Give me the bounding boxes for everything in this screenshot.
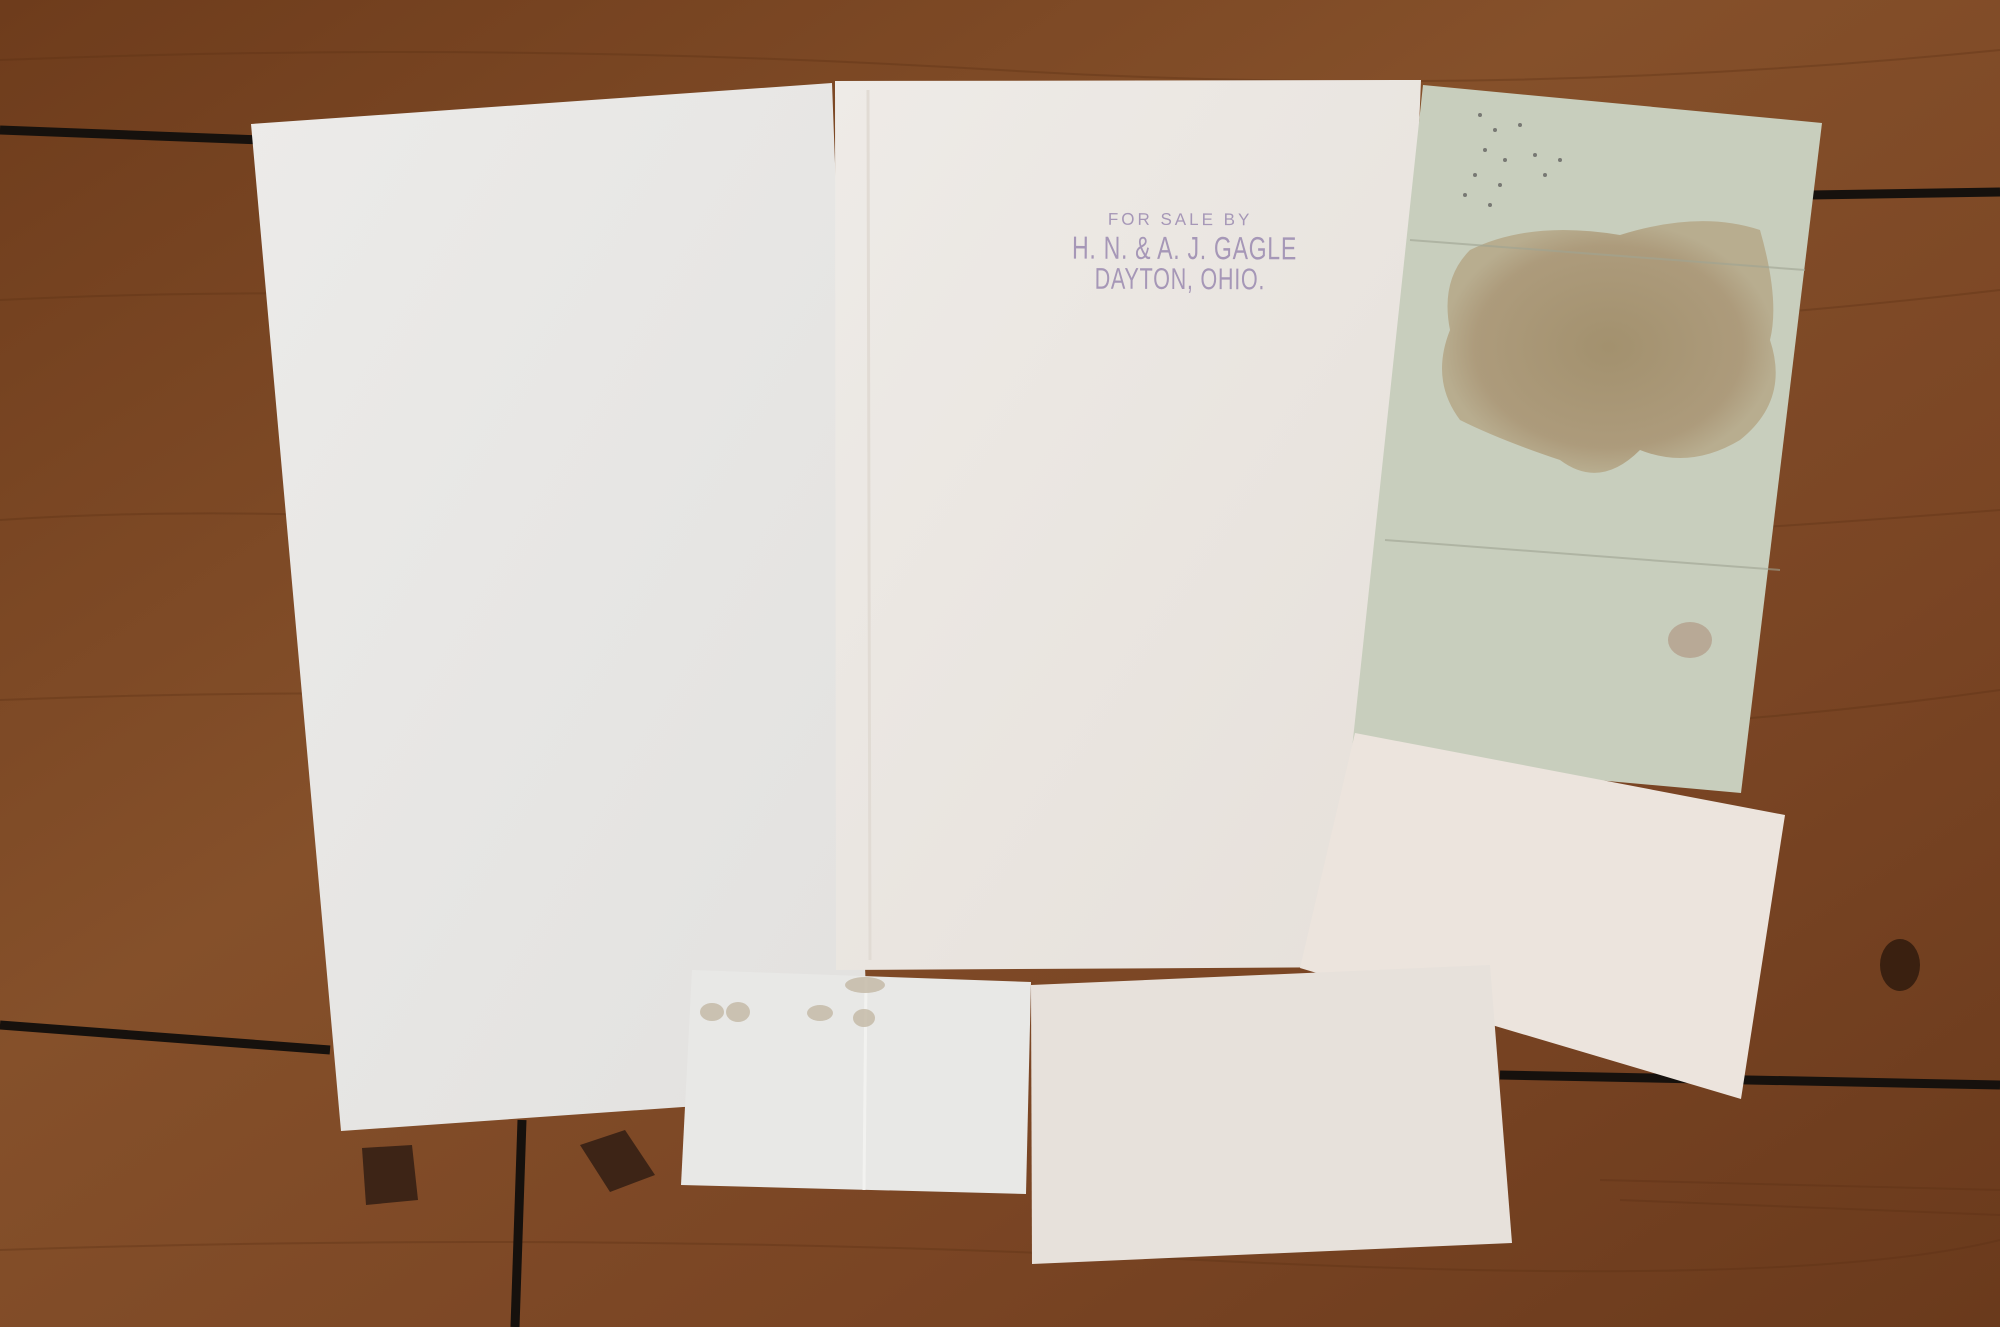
dealer-stamp: FOR SALE BY H. N. & A. J. GAGLE DAYTON, … bbox=[1030, 209, 1330, 297]
fold-line bbox=[868, 90, 870, 960]
stamp-line-2: H. N. & A. J. GAGLE bbox=[1072, 230, 1288, 268]
small-stain bbox=[1668, 622, 1712, 658]
stamp-line-3: DAYTON, OHIO. bbox=[1072, 263, 1288, 298]
photo-canvas bbox=[0, 0, 2000, 1327]
blank-card-bottom bbox=[1031, 965, 1512, 1264]
photo-scene: FOR SALE BY H. N. & A. J. GAGLE DAYTON, … bbox=[0, 0, 2000, 1327]
stamp-line-1: FOR SALE BY bbox=[1030, 209, 1330, 230]
